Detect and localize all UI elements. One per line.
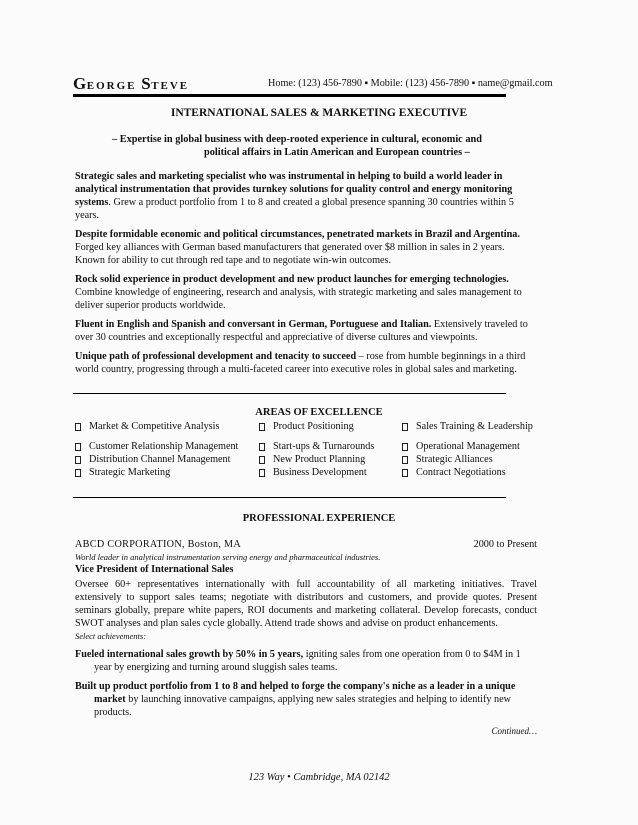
skill-item: Product Positioning — [259, 420, 402, 433]
checkbox-bullet-icon — [75, 423, 81, 431]
skill-row: Customer Relationship Management Start-u… — [75, 440, 545, 453]
skill-row: Distribution Channel Management New Prod… — [75, 453, 545, 466]
name-initial-last: S — [141, 74, 151, 93]
experience-section: ABCD CORPORATION, Boston, MA 2000 to Pre… — [75, 538, 537, 738]
summary-paragraph: Strategic sales and marketing specialist… — [75, 170, 537, 222]
summary-paragraph: Fluent in English and Spanish and conver… — [75, 318, 537, 344]
checkbox-bullet-icon — [259, 443, 265, 451]
job-title: Vice President of International Sales — [75, 563, 537, 576]
name-rest-last: TEVE — [151, 80, 189, 92]
achievement-item: Fueled international sales growth by 50%… — [75, 648, 537, 674]
checkbox-bullet-icon — [259, 469, 265, 477]
tagline-line-1: – Expertise in global business with deep… — [112, 134, 482, 145]
continued-note: Continued… — [75, 725, 537, 738]
checkbox-bullet-icon — [402, 469, 408, 477]
skill-row: Market & Competitive Analysis Product Po… — [75, 420, 545, 433]
name-initial-first: G — [73, 74, 87, 93]
checkbox-bullet-icon — [402, 456, 408, 464]
skill-item: Contract Negotiations — [402, 466, 545, 479]
skill-item: Operational Management — [402, 440, 545, 453]
job-duties: Oversee 60+ representatives internationa… — [75, 578, 537, 630]
checkbox-bullet-icon — [75, 456, 81, 464]
skill-item: Customer Relationship Management — [75, 440, 259, 453]
company-description: World leader in analytical instrumentati… — [75, 551, 537, 563]
summary-paragraph: Despite formidable economic and politica… — [75, 228, 537, 267]
areas-of-excellence-list: Market & Competitive Analysis Product Po… — [75, 420, 545, 479]
skill-item: Business Development — [259, 466, 402, 479]
checkbox-bullet-icon — [75, 469, 81, 477]
checkbox-bullet-icon — [402, 443, 408, 451]
contact-info: Home: (123) 456-7890 ▪ Mobile: (123) 456… — [268, 78, 553, 89]
achievements-label: Select achievements: — [75, 630, 537, 642]
address-footer: 123 Way • Cambridge, MA 02142 — [0, 772, 638, 783]
skill-item: Sales Training & Leadership — [402, 420, 545, 433]
tagline: – Expertise in global business with deep… — [112, 133, 532, 159]
skill-item: New Product Planning — [259, 453, 402, 466]
areas-title: AREAS OF EXCELLENCE — [0, 407, 638, 418]
job-header: ABCD CORPORATION, Boston, MA 2000 to Pre… — [75, 538, 537, 551]
checkbox-bullet-icon — [402, 423, 408, 431]
skill-item: Market & Competitive Analysis — [75, 420, 259, 433]
summary-section: Strategic sales and marketing specialist… — [75, 170, 537, 382]
header-divider — [73, 94, 506, 97]
resume-header: GEORGE STEVE Home: (123) 456-7890 ▪ Mobi… — [73, 74, 506, 94]
checkbox-bullet-icon — [75, 443, 81, 451]
skill-item: Strategic Alliances — [402, 453, 545, 466]
resume-page: GEORGE STEVE Home: (123) 456-7890 ▪ Mobi… — [0, 0, 638, 825]
skill-item: Start-ups & Turnarounds — [259, 440, 402, 453]
achievement-item: Built up product portfolio from 1 to 8 a… — [75, 680, 537, 719]
section-divider — [73, 393, 506, 394]
checkbox-bullet-icon — [259, 423, 265, 431]
section-divider — [73, 497, 506, 498]
skill-item: Distribution Channel Management — [75, 453, 259, 466]
achievements-list: Fueled international sales growth by 50%… — [75, 648, 537, 719]
candidate-name: GEORGE STEVE — [73, 74, 189, 94]
summary-paragraph: Rock solid experience in product develop… — [75, 273, 537, 312]
skill-item: Strategic Marketing — [75, 466, 259, 479]
skill-row: Strategic Marketing Business Development… — [75, 466, 545, 479]
summary-paragraph: Unique path of professional development … — [75, 350, 537, 376]
headline: INTERNATIONAL SALES & MARKETING EXECUTIV… — [0, 107, 638, 119]
name-rest-first: EORGE — [87, 80, 137, 92]
job-dates: 2000 to Present — [474, 538, 537, 551]
checkbox-bullet-icon — [259, 456, 265, 464]
experience-title: PROFESSIONAL EXPERIENCE — [0, 513, 638, 524]
tagline-line-2: political affairs in Latin American and … — [112, 146, 532, 159]
company-name: ABCD CORPORATION, Boston, MA — [75, 538, 241, 551]
